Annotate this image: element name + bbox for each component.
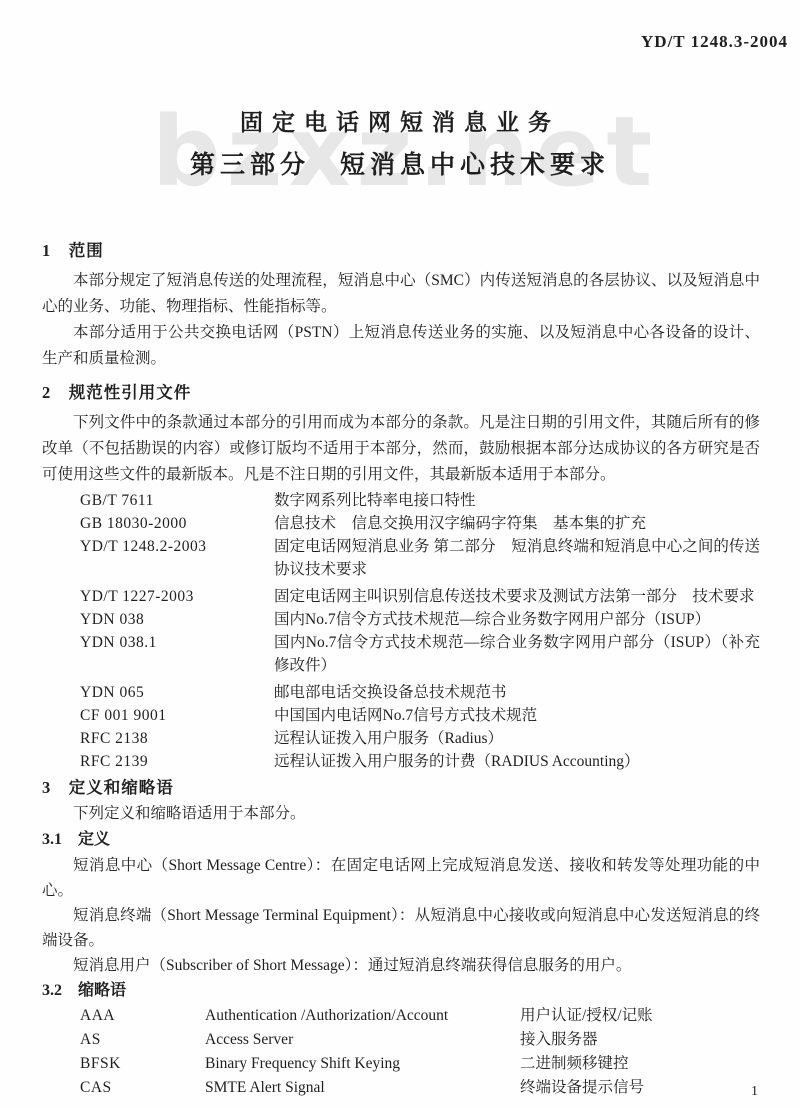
- abbreviation-code: BFSK: [80, 1052, 205, 1076]
- reference-row: RFC 2139 远程认证拨入用户服务的计费（RADIUS Accounting…: [80, 750, 760, 773]
- page-number: 1: [751, 1084, 758, 1100]
- reference-row: GB/T 7611 数字网系列比特率电接口特性: [80, 489, 760, 512]
- reference-title: 中国国内电话网No.7信号方式技术规范: [274, 704, 760, 727]
- reference-code: YDN 065: [80, 681, 274, 704]
- reference-title: 信息技术 信息交换用汉字编码字符集 基本集的扩充: [274, 512, 760, 535]
- section-3-heading: 3 定义和缩略语: [42, 775, 760, 801]
- reference-row: YDN 065 邮电部电话交换设备总技术规范书: [80, 681, 760, 704]
- reference-row: YD/T 1227-2003 固定电话网主叫识别信息传送技术要求及测试方法第一部…: [80, 585, 760, 608]
- abbreviation-english: Access Server: [205, 1028, 520, 1052]
- section-1-paragraph-2: 本部分适用于公共交换电话网（PSTN）上短消息传送业务的实施、以及短消息中心各设…: [42, 320, 760, 372]
- abbreviation-code: AAA: [80, 1004, 205, 1028]
- abbreviation-row: AAA Authentication /Authorization/Accoun…: [80, 1004, 760, 1028]
- reference-row: GB 18030-2000 信息技术 信息交换用汉字编码字符集 基本集的扩充: [80, 512, 760, 535]
- reference-code: YDN 038.1: [80, 631, 274, 677]
- abbreviation-english: SMTE Alert Signal: [205, 1076, 520, 1100]
- section-2-heading: 2 规范性引用文件: [42, 380, 760, 406]
- reference-row: YD/T 1248.2-2003 固定电话网短消息业务 第二部分 短消息终端和短…: [80, 535, 760, 581]
- reference-title: 远程认证拨入用户服务（Radius）: [274, 727, 760, 750]
- reference-code: CF 001 9001: [80, 704, 274, 727]
- abbreviation-chinese: 二进制频移键控: [520, 1052, 760, 1076]
- reference-row: RFC 2138 远程认证拨入用户服务（Radius）: [80, 727, 760, 750]
- reference-row: YDN 038 国内No.7信令方式技术规范—综合业务数字网用户部分（ISUP）: [80, 608, 760, 631]
- reference-code: GB 18030-2000: [80, 512, 274, 535]
- abbreviation-english: Binary Frequency Shift Keying: [205, 1052, 520, 1076]
- document-title: 固定电话网短消息业务 第三部分 短消息中心技术要求: [0, 0, 800, 186]
- reference-code: RFC 2139: [80, 750, 274, 773]
- reference-code: YDN 038: [80, 608, 274, 631]
- section-3-intro: 下列定义和缩略语适用于本部分。: [42, 801, 760, 827]
- reference-title: 固定电话网短消息业务 第二部分 短消息终端和短消息中心之间的传送协议技术要求: [274, 535, 760, 581]
- section-3-1-heading: 3.1 定义: [42, 827, 760, 853]
- section-3-2-heading: 3.2 缩略语: [42, 978, 760, 1004]
- definition-subscriber: 短消息用户（Subscriber of Short Message）：通过短消息…: [42, 953, 760, 978]
- reference-title: 邮电部电话交换设备总技术规范书: [274, 681, 760, 704]
- abbreviation-chinese: 终端设备提示信号: [520, 1076, 760, 1100]
- title-line-2: 第三部分 短消息中心技术要求: [0, 146, 800, 186]
- abbreviation-table: AAA Authentication /Authorization/Accoun…: [42, 1004, 760, 1100]
- reference-list: GB/T 7611 数字网系列比特率电接口特性 GB 18030-2000 信息…: [42, 489, 760, 773]
- reference-row: YDN 038.1 国内No.7信令方式技术规范—综合业务数字网用户部分（ISU…: [80, 631, 760, 677]
- document-body: 1 范围 本部分规定了短消息传送的处理流程，短消息中心（SMC）内传送短消息的各…: [0, 238, 800, 1100]
- title-line-1: 固定电话网短消息业务: [0, 106, 800, 140]
- abbreviation-english: Authentication /Authorization/Account: [205, 1004, 520, 1028]
- reference-code: RFC 2138: [80, 727, 274, 750]
- reference-code: YD/T 1248.2-2003: [80, 535, 274, 581]
- section-1-heading: 1 范围: [42, 238, 760, 264]
- abbreviation-row: AS Access Server 接入服务器: [80, 1028, 760, 1052]
- reference-title: 国内No.7信令方式技术规范—综合业务数字网用户部分（ISUP）: [274, 608, 760, 631]
- section-2-intro: 下列文件中的条款通过本部分的引用而成为本部分的条款。凡是注日期的引用文件，其随后…: [42, 410, 760, 488]
- abbreviation-row: CAS SMTE Alert Signal 终端设备提示信号: [80, 1076, 760, 1100]
- section-1-paragraph-1: 本部分规定了短消息传送的处理流程，短消息中心（SMC）内传送短消息的各层协议、以…: [42, 268, 760, 320]
- reference-title: 数字网系列比特率电接口特性: [274, 489, 760, 512]
- document-page: bzxz.net YD/T 1248.3-2004 固定电话网短消息业务 第三部…: [0, 0, 800, 1108]
- reference-title: 国内No.7信令方式技术规范—综合业务数字网用户部分（ISUP）（补充修改件）: [274, 631, 760, 677]
- reference-title: 固定电话网主叫识别信息传送技术要求及测试方法第一部分 技术要求: [274, 585, 760, 608]
- reference-title: 远程认证拨入用户服务的计费（RADIUS Accounting）: [274, 750, 760, 773]
- definition-smte: 短消息终端（Short Message Terminal Equipment）：…: [42, 903, 760, 953]
- abbreviation-code: CAS: [80, 1076, 205, 1100]
- definition-smc: 短消息中心（Short Message Centre）：在固定电话网上完成短消息…: [42, 853, 760, 903]
- abbreviation-chinese: 用户认证/授权/记账: [520, 1004, 760, 1028]
- abbreviation-chinese: 接入服务器: [520, 1028, 760, 1052]
- reference-code: YD/T 1227-2003: [80, 585, 274, 608]
- reference-code: GB/T 7611: [80, 489, 274, 512]
- abbreviation-code: AS: [80, 1028, 205, 1052]
- abbreviation-row: BFSK Binary Frequency Shift Keying 二进制频移…: [80, 1052, 760, 1076]
- doc-number: YD/T 1248.3-2004: [641, 32, 788, 52]
- reference-row: CF 001 9001 中国国内电话网No.7信号方式技术规范: [80, 704, 760, 727]
